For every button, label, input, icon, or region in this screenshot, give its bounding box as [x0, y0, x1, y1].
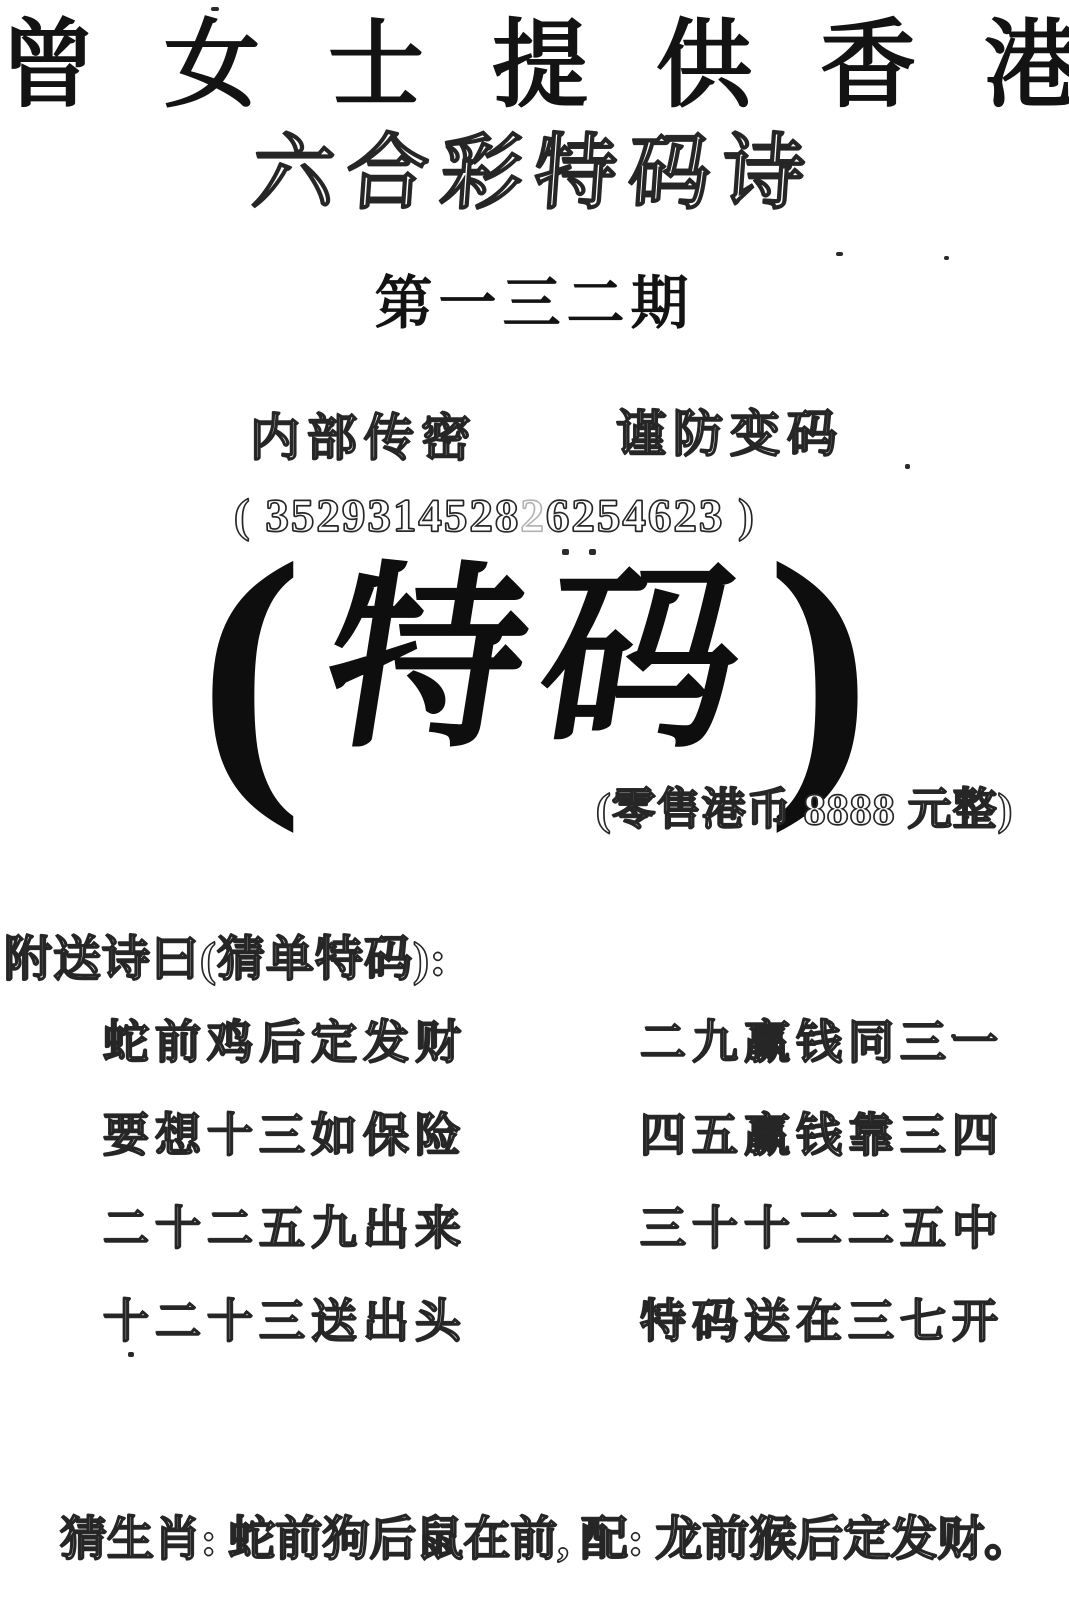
poem-line: 二十二五九出来	[103, 1204, 467, 1254]
poem-column-right: 二九赢钱同三一 四五赢钱靠三四 三十十二二五中 特码送在三七开	[640, 1018, 1004, 1390]
poem-line: 特码送在三七开	[640, 1297, 1004, 1347]
scan-speck	[951, 1034, 956, 1038]
poem-line: 四五赢钱靠三四	[640, 1111, 1004, 1161]
special-code-banner: ( 特码 )	[0, 545, 1069, 790]
poem-line: 蛇前鸡后定发财	[103, 1018, 467, 1068]
code-suffix: 6254623 )	[546, 490, 756, 542]
scan-speck	[589, 549, 596, 555]
secret-code-string: ( 352931452826254623 )	[234, 486, 756, 546]
page-subtitle: 六合彩特码诗	[0, 124, 1069, 224]
scan-speck	[905, 464, 910, 469]
poem-intro-line: 附送诗曰(猜单特码):	[4, 930, 447, 990]
retail-price-line: (零售港币 8888 元整)	[596, 782, 1013, 838]
scan-speck	[836, 252, 843, 256]
poem-line: 三十十二二五中	[640, 1204, 1004, 1254]
poem-column-left: 蛇前鸡后定发财 要想十三如保险 二十二五九出来 十二十三送出头	[103, 1018, 467, 1390]
inner-secret-label: 内部传密	[250, 408, 478, 468]
beware-fake-label: 谨防变码	[616, 404, 844, 464]
scan-speck	[128, 1352, 134, 1357]
poem-line: 十二十三送出头	[103, 1297, 467, 1347]
scan-speck	[211, 7, 219, 11]
zodiac-guess-line: 猜生肖: 蛇前狗后鼠在前, 配: 龙前猴后定发财。	[60, 1510, 1031, 1570]
scan-speck	[944, 256, 949, 260]
special-code-text: 特码	[311, 557, 772, 767]
scan-speck	[562, 549, 569, 555]
code-faded-digit: 2	[520, 490, 546, 542]
page-title: 曾 女 士 提 供 香 港	[0, 10, 1069, 122]
poem-line: 二九赢钱同三一	[640, 1018, 1004, 1068]
poem-line: 要想十三如保险	[103, 1111, 467, 1161]
issue-number: 第一三二期	[0, 268, 1069, 340]
